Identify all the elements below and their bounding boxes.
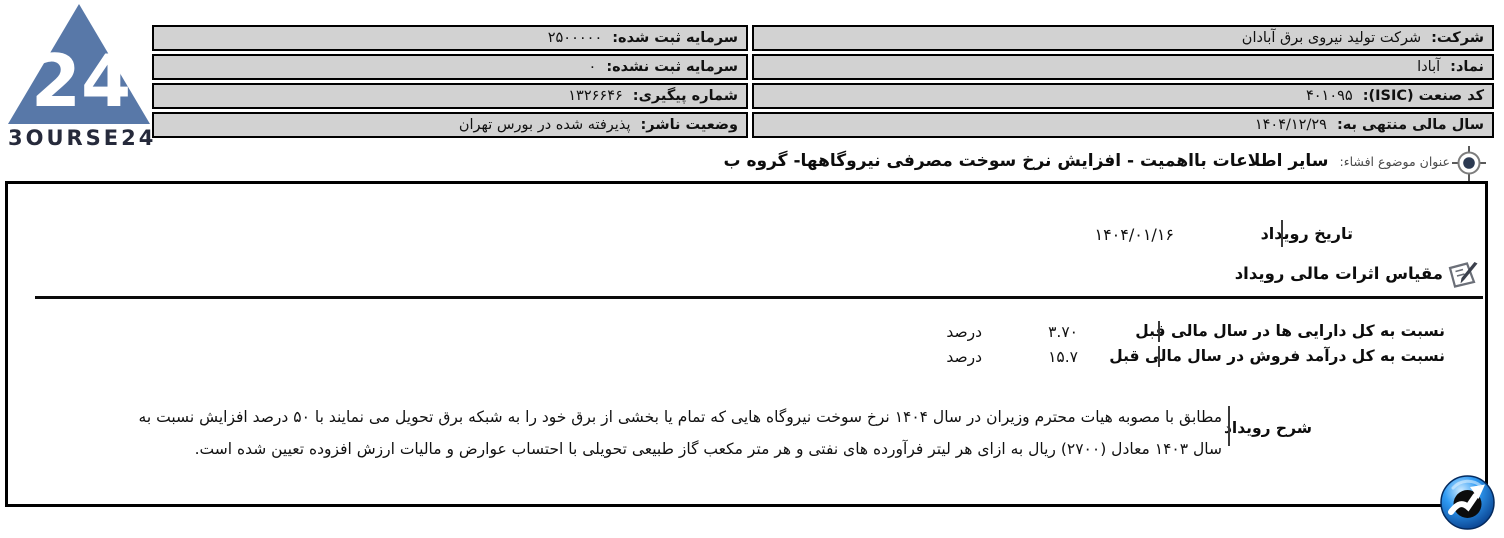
capital-info-table: سرمایه ثبت شده:۲۵۰۰۰۰۰ سرمایه ثبت نشده:۰… [152, 25, 748, 138]
event-description-label: شرح رویداد [1224, 419, 1312, 437]
row-value: شرکت تولید نیروی برق آبادان [1242, 30, 1421, 46]
row-value: ۲۵۰۰۰۰۰ [548, 30, 603, 46]
bourse24-triangle-icon: 24 [8, 4, 150, 124]
table-row-isic: کد صنعت (ISIC):۴۰۱۰۹۵ [752, 83, 1494, 109]
ratio-revenue-unit: درصد [946, 348, 982, 366]
field-separator-bar [1281, 220, 1283, 247]
event-details-box: تاریخ رویداد ۱۴۰۴/۰۱/۱۶ مقیاس اثرات مالی… [5, 181, 1488, 507]
section-divider [35, 296, 1483, 299]
row-value: ۴۰۱۰۹۵ [1306, 88, 1353, 104]
disclosure-title-label: عنوان موضوع افشاء: [1340, 154, 1450, 169]
table-row-symbol: نماد:آبادا [752, 54, 1494, 80]
field-separator-bar [1158, 321, 1160, 342]
target-icon [1451, 145, 1487, 183]
row-label: کد صنعت (ISIC): [1363, 88, 1484, 104]
row-label: شماره پیگیری: [633, 88, 738, 104]
market-sphere-icon[interactable] [1439, 474, 1496, 531]
bourse24-logo[interactable]: 24 3OURSE24 [8, 4, 160, 152]
table-row-tracking-number: شماره پیگیری:۱۳۲۶۶۴۶ [152, 83, 748, 109]
ratio-assets-value: ۳.۷۰ [1048, 323, 1078, 341]
row-value: ۱۳۲۶۶۴۶ [568, 88, 623, 104]
table-row-fiscal-year: سال مالی منتهی به:۱۴۰۴/۱۲/۲۹ [752, 112, 1494, 138]
table-row-registered-capital: سرمایه ثبت شده:۲۵۰۰۰۰۰ [152, 25, 748, 51]
row-label: سرمایه ثبت نشده: [606, 59, 738, 75]
disclosure-title-text: سایر اطلاعات بااهمیت - افزایش نرخ سوخت م… [723, 151, 1328, 171]
row-label: نماد: [1450, 59, 1484, 75]
field-separator-bar [1158, 346, 1160, 367]
table-row-company: شرکت:شرکت تولید نیروی برق آبادان [752, 25, 1494, 51]
ratio-assets-unit: درصد [946, 323, 982, 341]
field-separator-bar [1228, 406, 1230, 446]
event-date-value: ۱۴۰۴/۰۱/۱۶ [1094, 225, 1174, 244]
company-info-table: شرکت:شرکت تولید نیروی برق آبادان نماد:آب… [752, 25, 1494, 138]
row-label: سال مالی منتهی به: [1337, 117, 1484, 133]
logo-24-number: 24 [31, 39, 131, 123]
row-label: وضعیت ناشر: [641, 117, 739, 133]
row-value: ۰ [589, 59, 597, 75]
table-row-unregistered-capital: سرمایه ثبت نشده:۰ [152, 54, 748, 80]
event-date-label: تاریخ رویداد [1261, 224, 1353, 243]
row-label: سرمایه ثبت شده: [612, 30, 738, 46]
row-label: شرکت: [1431, 30, 1484, 46]
row-value: آبادا [1417, 59, 1440, 75]
ratio-assets-label: نسبت به کل دارایی ها در سال مالی قبل [1135, 322, 1445, 340]
financial-impact-heading: مقیاس اثرات مالی رویداد [1235, 264, 1443, 283]
ratio-revenue-value: ۱۵.۷ [1048, 348, 1078, 366]
disclosure-page: 24 3OURSE24 شرکت:شرکت تولید نیروی برق آب… [0, 0, 1504, 538]
disclosure-title: عنوان موضوع افشاء: سایر اطلاعات بااهمیت … [723, 151, 1450, 171]
note-edit-icon [1447, 260, 1479, 289]
row-value: ۱۴۰۴/۱۲/۲۹ [1255, 117, 1327, 133]
row-value: پذیرفته شده در بورس تهران [459, 117, 631, 133]
table-row-issuer-status: وضعیت ناشر:پذیرفته شده در بورس تهران [152, 112, 748, 138]
logo-wordmark: 3OURSE24 [8, 126, 160, 150]
event-description-text: مطابق با مصوبه هیات محترم وزیران در سال … [117, 401, 1222, 465]
